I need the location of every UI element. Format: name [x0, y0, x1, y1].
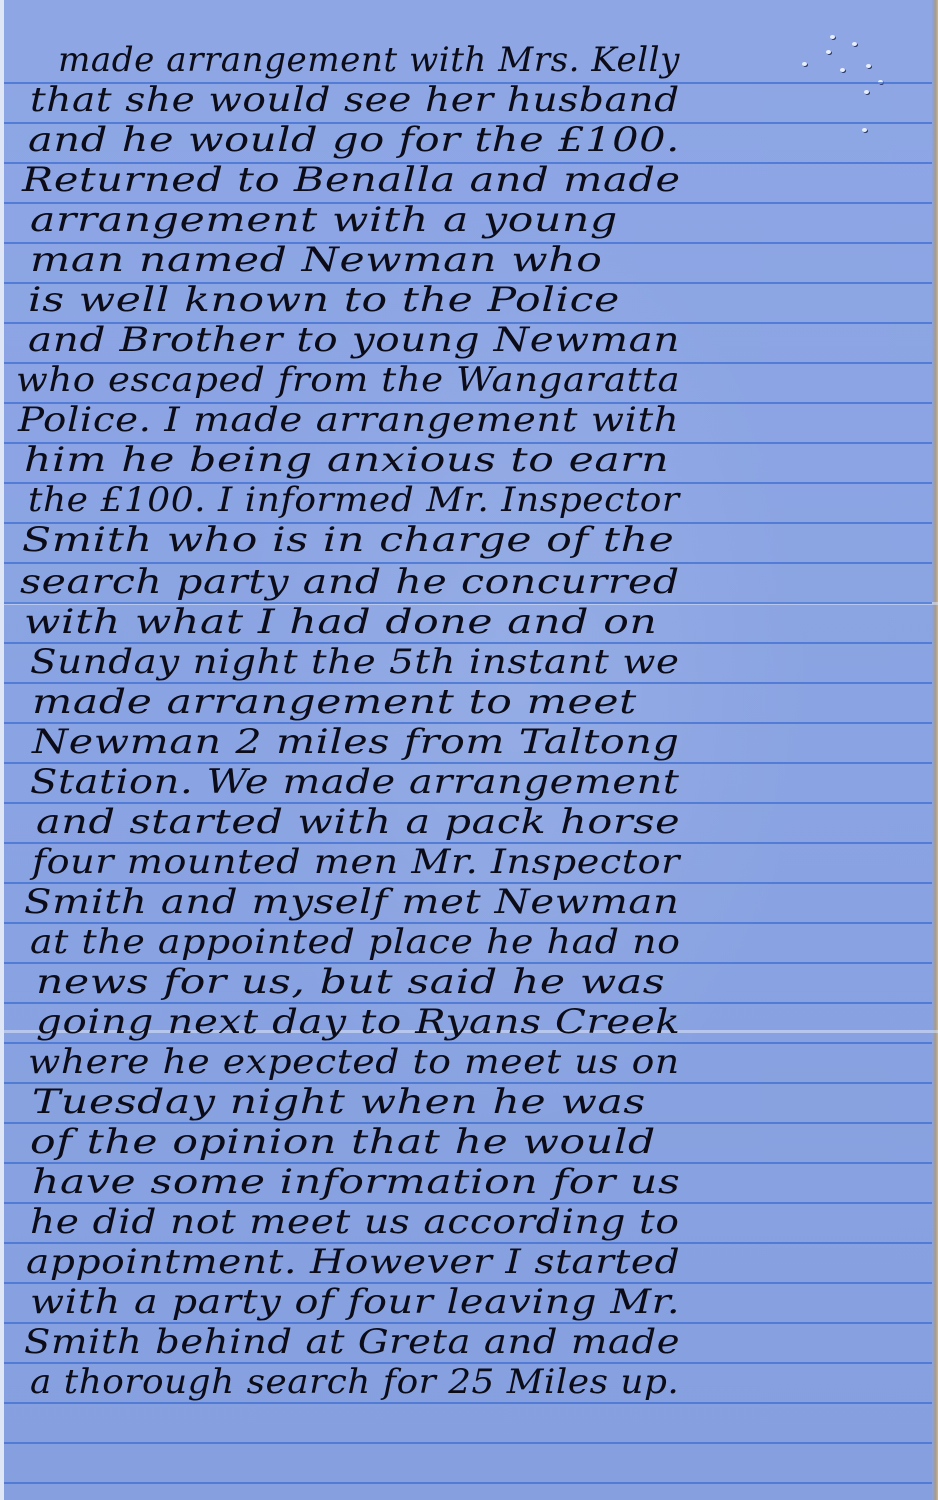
text-line: Returned to Benalla and made — [22, 160, 681, 200]
text-line: that she would see her husband — [30, 80, 680, 120]
text-line: at the appointed place he had no — [30, 922, 681, 962]
text-line: made arrangement with Mrs. Kelly — [58, 40, 680, 80]
text-line: search party and he concurred — [20, 562, 680, 602]
text-line: Smith and myself met Newman — [24, 882, 679, 922]
text-line: made arrangement to meet — [32, 682, 637, 722]
text-line: news for us, but said he was — [36, 962, 665, 1002]
text-line: he did not meet us according to — [30, 1202, 680, 1242]
text-line: Police. I made arrangement with — [18, 400, 679, 440]
text-line: four mounted men Mr. Inspector — [32, 842, 680, 882]
letter-page: made arrangement with Mrs. Kelly that sh… — [0, 0, 938, 1500]
text-line: with what I had done and on — [24, 602, 657, 642]
text-line: the £100. I informed Mr. Inspector — [28, 480, 680, 520]
text-line: Smith behind at Greta and made — [24, 1322, 680, 1362]
text-line: with a party of four leaving Mr. — [30, 1282, 680, 1322]
text-line: going next day to Ryans Creek — [36, 1002, 680, 1042]
text-line: Sunday night the 5th instant we — [30, 642, 680, 682]
text-line: and started with a pack horse — [36, 802, 680, 842]
text-line: is well known to the Police — [28, 280, 620, 320]
text-line: where he expected to meet us on — [28, 1042, 680, 1082]
text-line: who escaped from the Wangaratta — [16, 360, 680, 400]
text-line: appointment. However I started — [26, 1242, 680, 1282]
text-line: of the opinion that he would — [30, 1122, 656, 1162]
text-line: and he would go for the £100. — [28, 120, 680, 160]
text-line: man named Newman who — [30, 240, 602, 280]
text-line: Station. We made arrangement — [30, 762, 680, 802]
text-line: have some information for us — [32, 1162, 680, 1202]
text-line: Smith who is in charge of the — [22, 520, 674, 560]
text-line: a thorough search for 25 Miles up. — [30, 1362, 679, 1402]
text-line: Newman 2 miles from Taltong — [32, 722, 680, 762]
text-line: him he being anxious to earn — [24, 440, 669, 480]
text-line: and Brother to young Newman — [28, 320, 680, 360]
handwritten-text: made arrangement with Mrs. Kelly that sh… — [0, 0, 938, 1500]
text-line: arrangement with a young — [30, 200, 618, 240]
text-line: Tuesday night when he was — [32, 1082, 646, 1122]
